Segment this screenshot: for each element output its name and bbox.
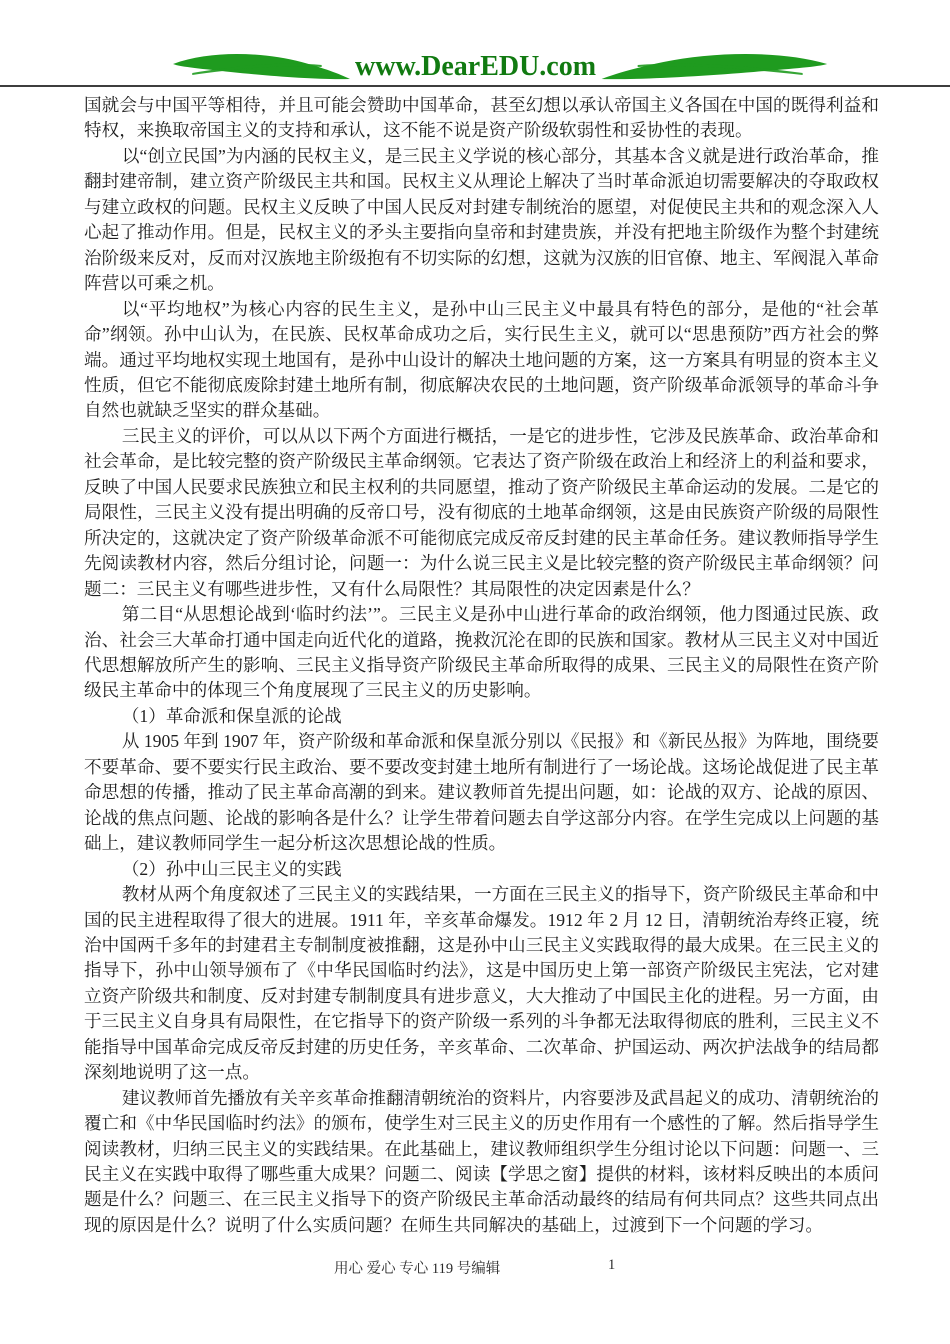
logo-banner: www.DearEDU.com	[0, 48, 950, 90]
page-footer: 用心 爱心 专心 119 号编辑 1	[84, 1257, 879, 1279]
header-divider-rule	[0, 85, 950, 87]
paragraph: 第二目“从思想论战到‘临时约法’”。三民主义是孙中山进行革命的政治纲领，他力图通…	[84, 602, 879, 704]
page-number: 1	[608, 1257, 615, 1274]
document-body: 国就会与中国平等相待，并且可能会赞助中国革命，甚至幻想以承认帝国主义各国在中国的…	[84, 93, 879, 1238]
editor-note: 用心 爱心 专心 119 号编辑	[334, 1257, 500, 1278]
paragraph: 以“平均地权”为核心内容的民生主义，是孙中山三民主义中最具有特色的部分，是他的“…	[84, 297, 879, 424]
paragraph: 教材从两个角度叙述了三民主义的实践结果，一方面在三民主义的指导下，资产阶级民主革…	[84, 882, 879, 1086]
paragraph: 建议教师首先播放有关辛亥革命推翻清朝统治的资料片，内容要涉及武昌起义的成功、清朝…	[84, 1086, 879, 1239]
paragraph: （1）革命派和保皇派的论战	[84, 704, 879, 729]
paragraph: 三民主义的评价，可以从以下两个方面进行概括，一是它的进步性，它涉及民族革命、政治…	[84, 424, 879, 602]
paragraph: （2）孙中山三民主义的实践	[84, 857, 879, 882]
left-ribbon-icon	[170, 48, 352, 82]
right-ribbon-icon	[599, 48, 831, 82]
paragraph: 从 1905 年到 1907 年，资产阶级和革命派和保皇派分别以《民报》和《新民…	[84, 729, 879, 856]
paragraph: 国就会与中国平等相待，并且可能会赞助中国革命，甚至幻想以承认帝国主义各国在中国的…	[84, 93, 879, 144]
dearedu-logo-text: www.DearEDU.com	[352, 50, 599, 84]
paragraph: 以“创立民国”为内涵的民权主义，是三民主义学说的核心部分，其基本含义就是进行政治…	[84, 144, 879, 297]
scanned-document-page: { "header": { "logo_text": "www.DearEDU.…	[0, 0, 950, 1344]
